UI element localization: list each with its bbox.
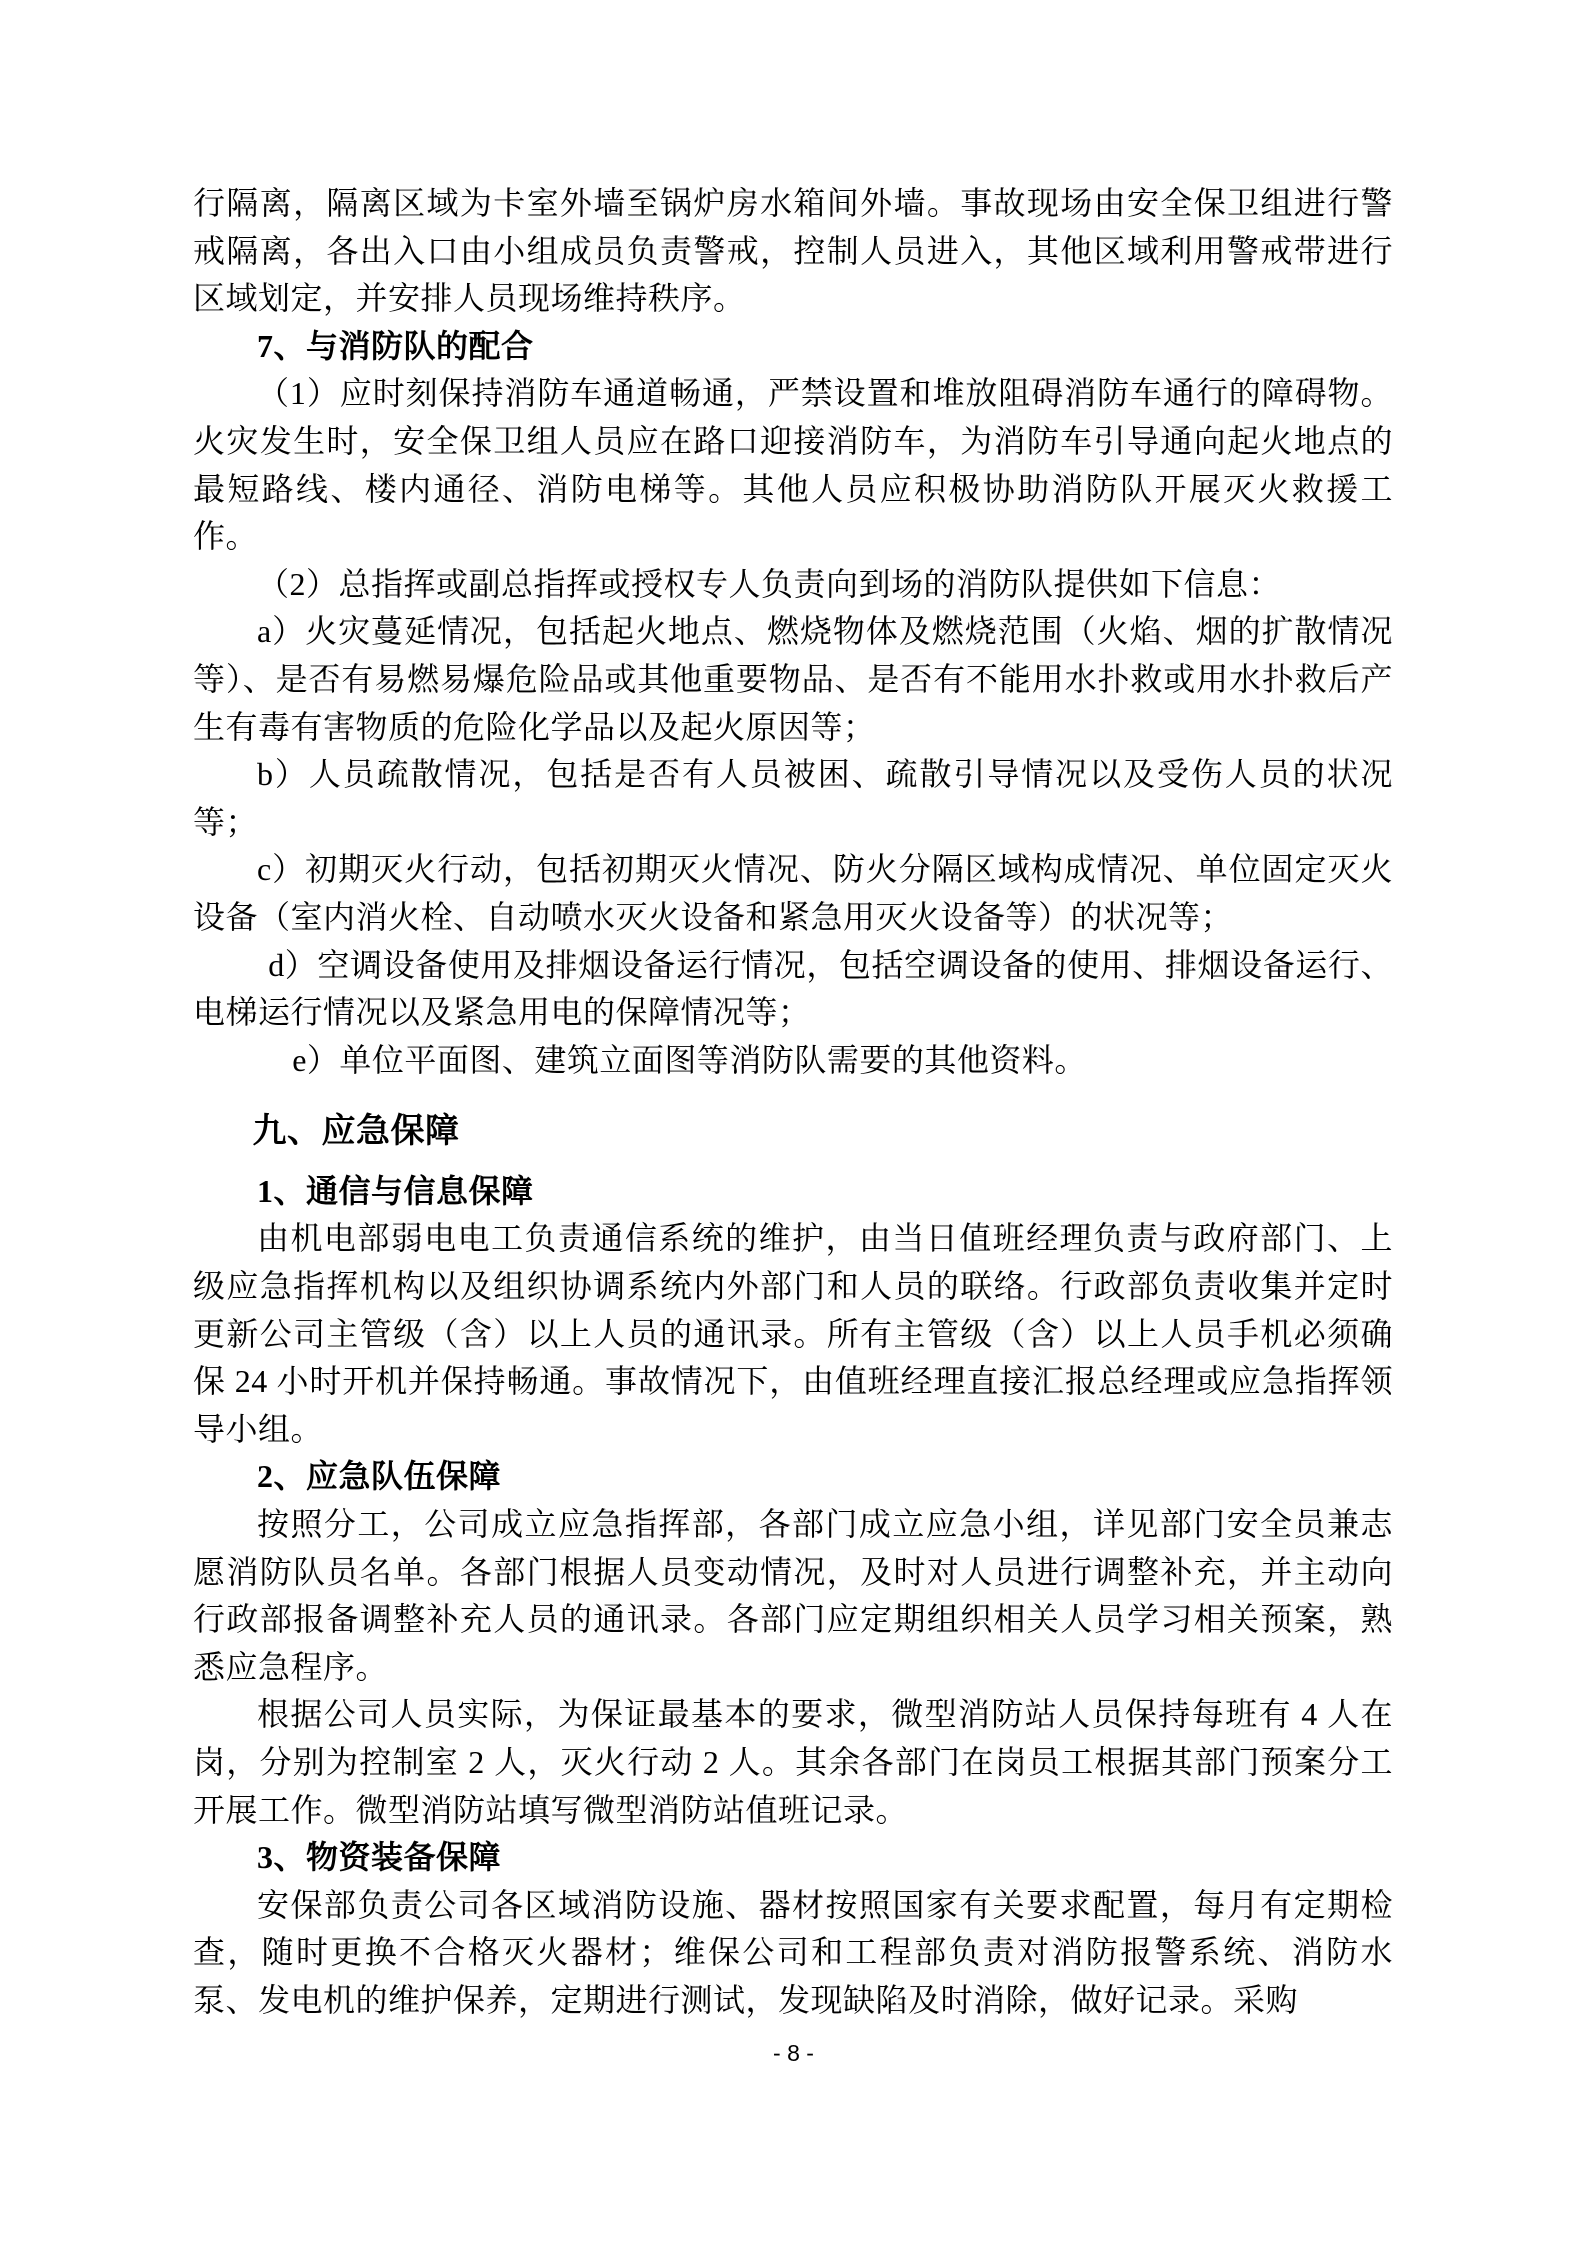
document-page: 行隔离，隔离区域为卡室外墙至锅炉房水箱间外墙。事故现场由安全保卫组进行警戒隔离，… <box>0 0 1587 2245</box>
heading-3-material-equipment-support: 3、物资装备保障 <box>193 1834 1393 1882</box>
paragraph-emergency-team-division: 按照分工，公司成立应急指挥部，各部门成立应急小组，详见部门安全员兼志愿消防队员名… <box>193 1501 1393 1691</box>
paragraph-item-a-fire-spread: a）火灾蔓延情况，包括起火地点、燃烧物体及燃烧范围（火焰、烟的扩散情况等）、是否… <box>193 608 1393 751</box>
paragraph-communication-support: 由机电部弱电电工负责通信系统的维护，由当日值班经理负责与政府部门、上级应急指挥机… <box>193 1215 1393 1453</box>
heading-2-emergency-team-support: 2、应急队伍保障 <box>193 1453 1393 1501</box>
paragraph-mini-fire-station-staffing: 根据公司人员实际，为保证最基本的要求，微型消防站人员保持每班有 4 人在岗，分别… <box>193 1691 1393 1834</box>
paragraph-item-e-floor-plans: e）单位平面图、建筑立面图等消防队需要的其他资料。 <box>193 1037 1393 1085</box>
paragraph-item-1-fire-lane: （1）应时刻保持消防车通道畅通，严禁设置和堆放阻碍消防车通行的障碍物。火灾发生时… <box>193 370 1393 560</box>
paragraph-item-2-commander-info: （2）总指挥或副总指挥或授权专人负责向到场的消防队提供如下信息： <box>193 561 1393 609</box>
section-heading-9-emergency-support: 九、应急保障 <box>193 1108 1393 1156</box>
paragraph-material-equipment: 安保部负责公司各区域消防设施、器材按照国家有关要求配置，每月有定期检查，随时更换… <box>193 1882 1393 2025</box>
paragraph-item-b-evacuation: b）人员疏散情况，包括是否有人员被困、疏散引导情况以及受伤人员的状况等； <box>193 751 1393 846</box>
heading-1-communication-support: 1、通信与信息保障 <box>193 1168 1393 1216</box>
heading-7-fire-brigade-cooperation: 7、与消防队的配合 <box>193 323 1393 371</box>
paragraph-item-c-initial-firefighting: c）初期灭火行动，包括初期灭火情况、防火分隔区域构成情况、单位固定灭火设备（室内… <box>193 846 1393 941</box>
page-number: - 8 - <box>0 2040 1587 2067</box>
paragraph-item-d-hvac-smoke: d）空调设备使用及排烟设备运行情况，包括空调设备的使用、排烟设备运行、电梯运行情… <box>193 942 1393 1037</box>
paragraph-isolation-continuation: 行隔离，隔离区域为卡室外墙至锅炉房水箱间外墙。事故现场由安全保卫组进行警戒隔离，… <box>193 180 1393 323</box>
document-content: 行隔离，隔离区域为卡室外墙至锅炉房水箱间外墙。事故现场由安全保卫组进行警戒隔离，… <box>193 180 1393 2025</box>
